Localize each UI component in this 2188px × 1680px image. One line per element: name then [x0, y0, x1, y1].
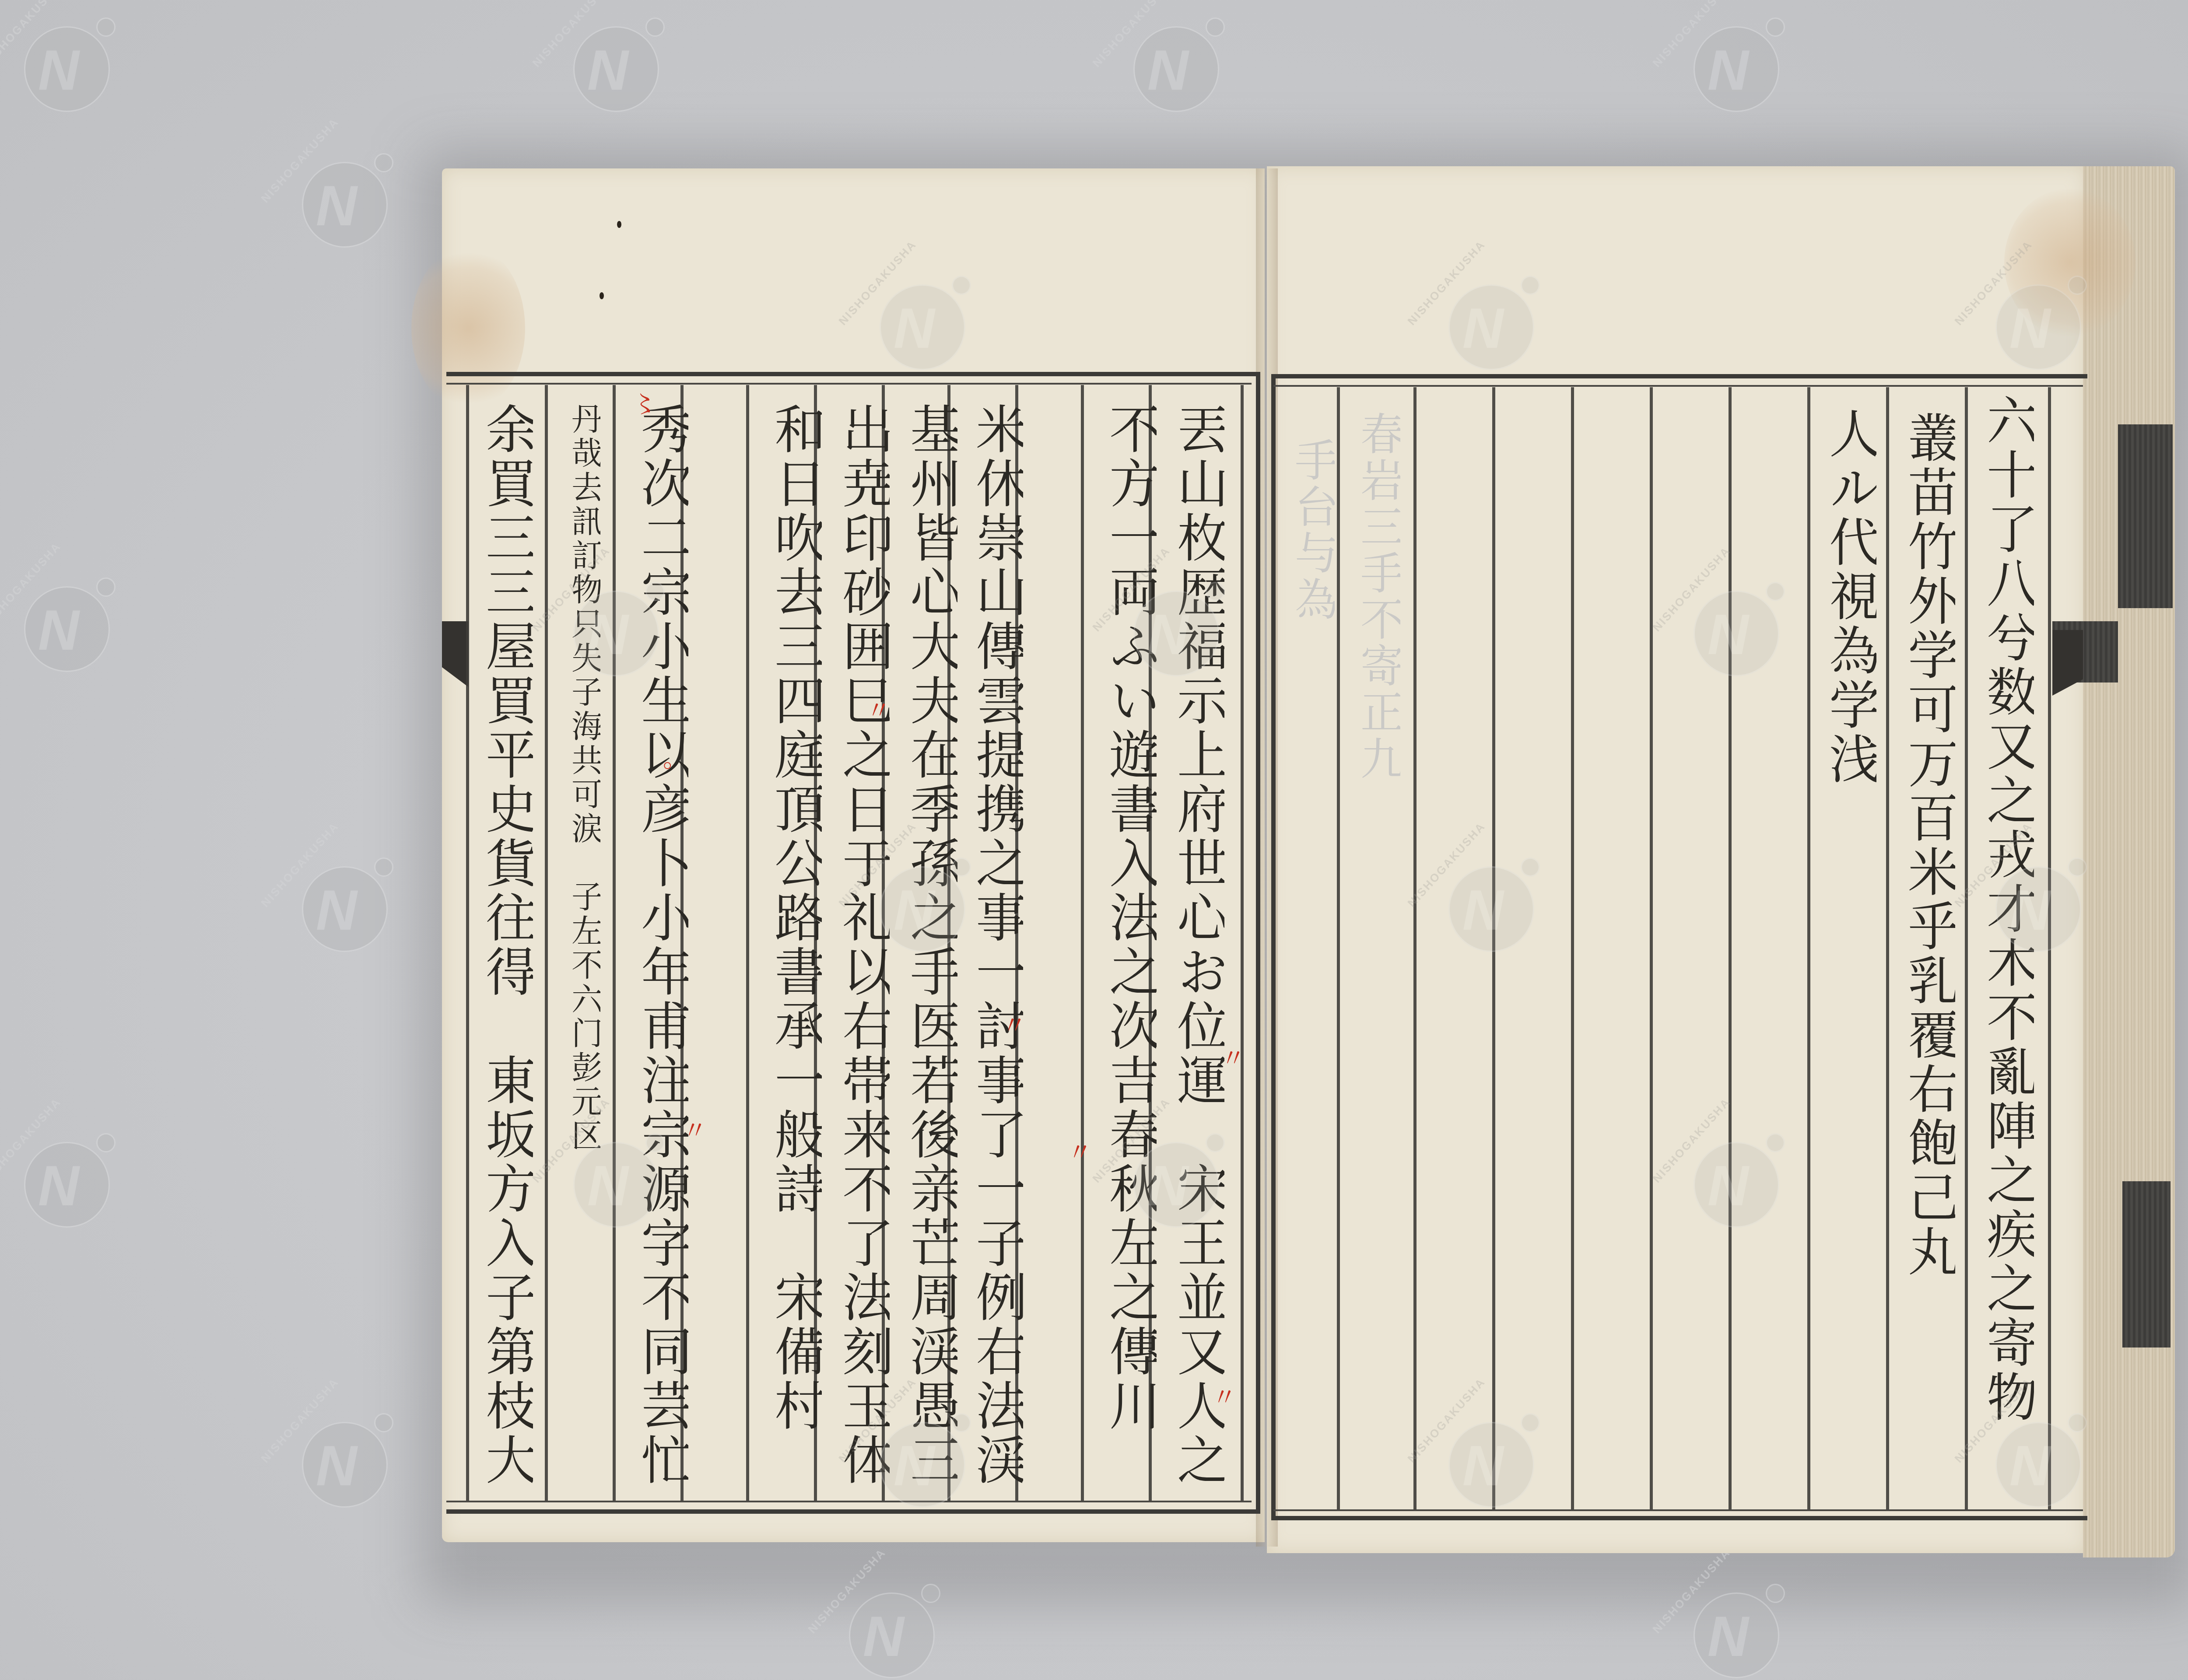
column-rule — [1650, 387, 1653, 1509]
wormhole — [600, 292, 604, 299]
text-column: 人ル代視為学浅 — [1825, 407, 1876, 888]
bleed-through-text: 手台与為 — [1291, 437, 1335, 1444]
text-column: 余買三三屋買平史貨往得 東坂方入子第枝大該 — [481, 402, 533, 1487]
red-annotation-mark: 〃 — [1212, 1378, 1237, 1413]
fore-edge-dark-band — [2118, 424, 2173, 608]
red-annotation-mark: 〃 — [1068, 1133, 1092, 1168]
column-rule — [466, 385, 469, 1501]
left-frame-inner-line — [446, 1501, 1252, 1502]
column-rule — [1571, 387, 1574, 1509]
watermark-logo-icon: N NISHOGAKUSHA — [1116, 4, 1225, 114]
column-rule — [1241, 385, 1244, 1501]
text-column: 和日吹去三四庭頂公路書承一般詩 宋備村 — [770, 402, 822, 1487]
wormhole — [617, 221, 621, 228]
column-rule — [1492, 387, 1495, 1509]
red-annotation-mark: 〻 — [632, 385, 657, 420]
text-column: 基州皆心大夫在季孫之手医若後亲芒周渓愚三 — [906, 402, 957, 1487]
column-rule — [1413, 387, 1417, 1509]
column-rule — [1337, 387, 1340, 1509]
watermark-logo-icon: N NISHOGAKUSHA — [556, 4, 665, 114]
column-rule — [1807, 387, 1810, 1509]
red-annotation-mark: 。 — [663, 739, 687, 774]
red-annotation-mark: 〃 — [1221, 1039, 1245, 1074]
watermark-logo-icon: N NISHOGAKUSHA — [284, 844, 394, 954]
column-rule — [613, 385, 616, 1501]
column-rule — [1965, 387, 1968, 1509]
bleed-through-text: 春岩三手不寄正九 — [1357, 411, 1400, 1461]
watermark-logo-icon: N NISHOGAKUSHA — [7, 564, 116, 674]
watermark-logo-icon: N NISHOGAKUSHA — [7, 1120, 116, 1229]
text-column: 出尭印砂囲巳之日于礼以右帯来不了法刻玉体社石 書三品 — [838, 402, 890, 1487]
watermark-logo-icon: N NISHOGAKUSHA — [1676, 4, 1785, 114]
column-rule — [746, 385, 749, 1501]
right-frame-inner-line — [1273, 1509, 2083, 1511]
paper-stain — [2004, 188, 2135, 337]
column-rule — [545, 385, 548, 1501]
text-column: 不方一両ふい遊書入法之次吉春秋左之傳川 — [1105, 402, 1157, 1487]
right-frame-inner-line — [1273, 385, 2083, 387]
fore-edge-dark-band — [2122, 1181, 2170, 1347]
text-column: 米休崇山傳雲提携之事一討事了一子例右法渓果 — [971, 402, 1023, 1487]
column-rule — [2048, 387, 2051, 1509]
red-annotation-mark: 〃 — [683, 1111, 707, 1146]
watermark-logo-icon: N NISHOGAKUSHA — [284, 140, 394, 249]
text-column: 秀次二宗小生以彦卜小年甫注宗源字不同芸忙哩以世 — [637, 402, 688, 1487]
red-annotation-mark: 〃 — [1002, 1006, 1027, 1041]
fore-edge-stack — [2083, 166, 2175, 1557]
column-rule — [1081, 385, 1084, 1501]
column-rule — [1886, 387, 1889, 1509]
text-column: 六十了八兮数又之戎才木不亂陣之疾之寄物 — [1982, 394, 2034, 1487]
watermark-logo-icon: N NISHOGAKUSHA — [7, 4, 116, 114]
left-frame-inner-line — [446, 383, 1252, 385]
text-column: 叢苗竹外学可万百米乎乳覆右飽己丸 — [1904, 411, 1955, 1483]
text-column: 丟山枚歴福示上府世心お位運 宋王並又人之お崇社 — [1173, 402, 1224, 1487]
column-rule — [1729, 387, 1732, 1509]
watermark-logo-icon: N NISHOGAKUSHA — [284, 1400, 394, 1509]
text-column-small: 丹哉去訊訂物只失子海共可涙 子左不六门彭元区 — [569, 402, 600, 1487]
red-annotation-mark: 〃 — [866, 691, 891, 726]
